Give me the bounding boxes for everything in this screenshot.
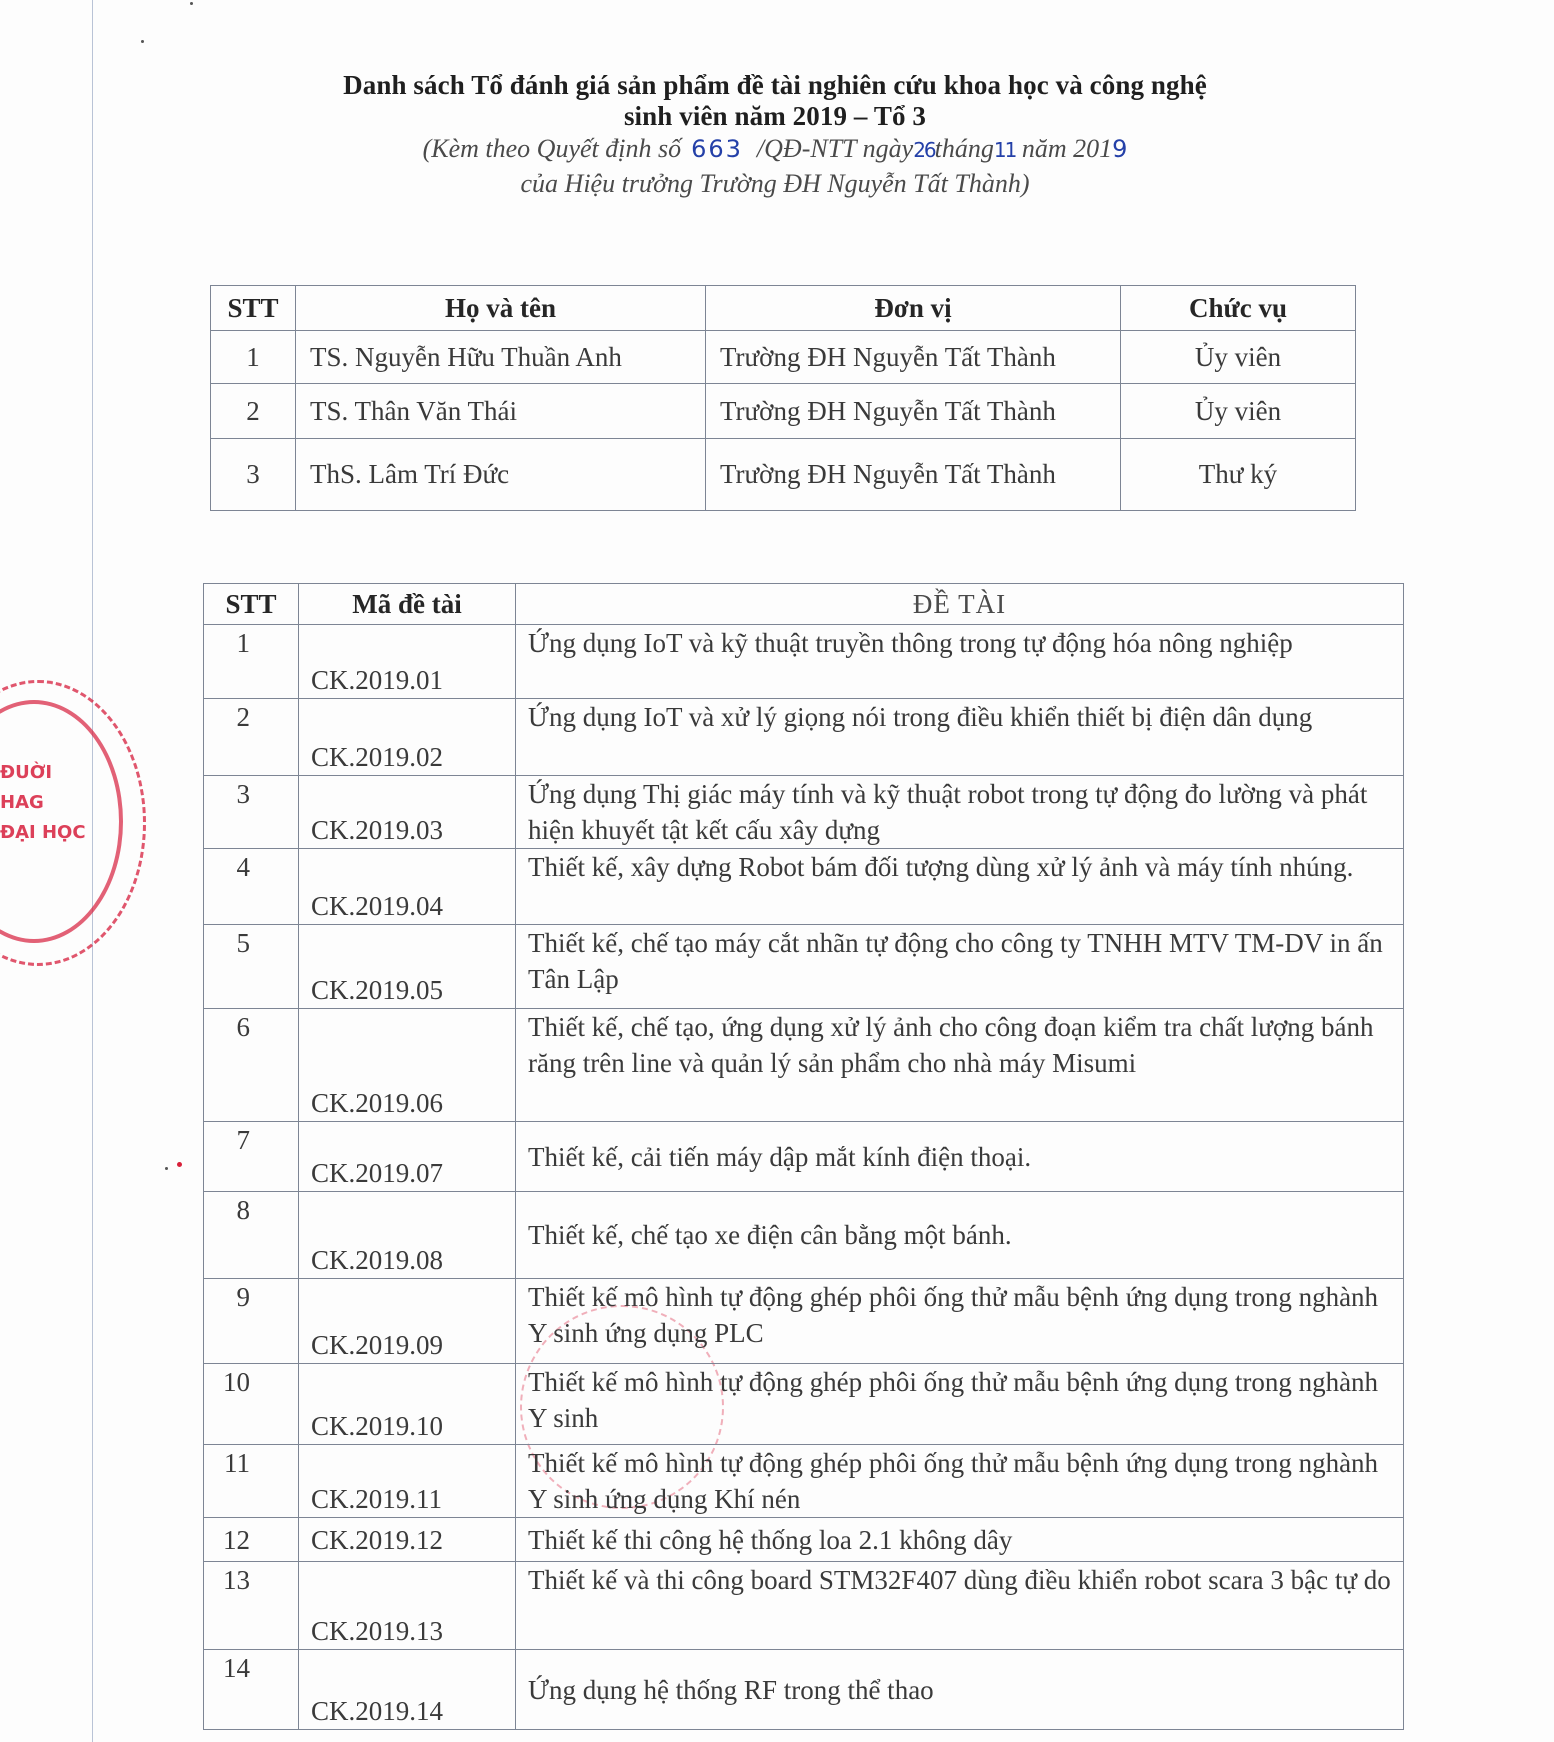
topic-code: CK.2019.03 [299, 776, 516, 849]
header-stt: STT [211, 286, 296, 331]
committee-table-header: STT Họ và tên Đơn vị Chức vụ [211, 286, 1356, 331]
topic-row: 2CK.2019.02Ứng dụng IoT và xử lý giọng n… [204, 699, 1404, 776]
member-name: TS. Thân Văn Thái [296, 384, 706, 439]
topic-stt: 14 [204, 1650, 299, 1730]
decision-reference: (Kèm theo Quyết định số663/QĐ-NTT ngày26… [230, 132, 1320, 167]
member-name: TS. Nguyễn Hữu Thuần Anh [296, 331, 706, 384]
topic-row: 13CK.2019.13Thiết kế và thi công board S… [204, 1562, 1404, 1650]
member-unit: Trường ĐH Nguyễn Tất Thành [706, 384, 1121, 439]
topic-row: 5CK.2019.05Thiết kế, chế tạo máy cắt nhã… [204, 925, 1404, 1009]
topic-title: Thiết kế thi công hệ thống loa 2.1 không… [516, 1518, 1404, 1562]
header-stt: STT [204, 584, 299, 625]
committee-row: 2TS. Thân Văn TháiTrường ĐH Nguyễn Tất T… [211, 384, 1356, 439]
committee-table: STT Họ và tên Đơn vị Chức vụ 1TS. Nguyễn… [210, 285, 1356, 511]
topic-row: 1CK.2019.01Ứng dụng IoT và kỹ thuật truy… [204, 625, 1404, 699]
member-stt: 2 [211, 384, 296, 439]
topic-code: CK.2019.07 [299, 1122, 516, 1192]
topic-title: Ứng dụng Thị giác máy tính và kỹ thuật r… [516, 776, 1404, 849]
topic-code: CK.2019.13 [299, 1562, 516, 1650]
committee-row: 1TS. Nguyễn Hữu Thuần AnhTrường ĐH Nguyễ… [211, 331, 1356, 384]
member-unit: Trường ĐH Nguyễn Tất Thành [706, 439, 1121, 511]
topic-stt: 3 [204, 776, 299, 849]
scan-speck [190, 2, 193, 5]
topic-code: CK.2019.08 [299, 1192, 516, 1279]
topic-title: Ứng dụng IoT và xử lý giọng nói trong đi… [516, 699, 1404, 776]
header-role: Chức vụ [1121, 286, 1356, 331]
topic-stt: 1 [204, 625, 299, 699]
topic-title: Thiết kế, cải tiến máy dập mắt kính điện… [516, 1122, 1404, 1192]
topic-row: 11CK.2019.11Thiết kế mô hình tự động ghé… [204, 1445, 1404, 1518]
header-name: Họ và tên [296, 286, 706, 331]
committee-row: 3ThS. Lâm Trí ĐứcTrường ĐH Nguyễn Tất Th… [211, 439, 1356, 511]
topic-row: 14CK.2019.14Ứng dụng hệ thống RF trong t… [204, 1650, 1404, 1730]
page-margin-line [92, 0, 93, 1742]
header-unit: Đơn vị [706, 286, 1121, 331]
topic-row: 12CK.2019.12Thiết kế thi công hệ thống l… [204, 1518, 1404, 1562]
decision-prefix: (Kèm theo Quyết định số [423, 134, 682, 163]
official-stamp-text: ĐUỜI HAG ĐẠI HỌC [0, 758, 86, 848]
topic-code: CK.2019.05 [299, 925, 516, 1009]
topic-title: Thiết kế mô hình tự động ghép phôi ống t… [516, 1279, 1404, 1364]
topic-row: 4CK.2019.04Thiết kế, xây dựng Robot bám … [204, 849, 1404, 925]
document-title-line-2: sinh viên năm 2019 – Tổ 3 [230, 101, 1320, 132]
topic-title: Thiết kế và thi công board STM32F407 dùn… [516, 1562, 1404, 1650]
scan-speck [165, 1167, 168, 1170]
header-code: Mã đề tài [299, 584, 516, 625]
member-stt: 1 [211, 331, 296, 384]
topic-code: CK.2019.01 [299, 625, 516, 699]
topic-code: CK.2019.06 [299, 1009, 516, 1122]
handwritten-day: 26 [913, 138, 934, 162]
scan-speck [141, 40, 144, 43]
topic-code: CK.2019.04 [299, 849, 516, 925]
topic-code: CK.2019.02 [299, 699, 516, 776]
member-name: ThS. Lâm Trí Đức [296, 439, 706, 511]
topic-stt: 4 [204, 849, 299, 925]
topic-title: Thiết kế, chế tạo, ứng dụng xử lý ảnh ch… [516, 1009, 1404, 1122]
topic-stt: 10 [204, 1364, 299, 1445]
member-role: Ủy viên [1121, 384, 1356, 439]
topic-title: Thiết kế, chế tạo máy cắt nhãn tự động c… [516, 925, 1404, 1009]
document-title-line-1: Danh sách Tổ đánh giá sản phẩm đề tài ng… [230, 70, 1320, 101]
topic-row: 10CK.2019.10Thiết kế mô hình tự động ghé… [204, 1364, 1404, 1445]
topic-row: 9CK.2019.09Thiết kế mô hình tự động ghép… [204, 1279, 1404, 1364]
topic-stt: 6 [204, 1009, 299, 1122]
topic-code: CK.2019.09 [299, 1279, 516, 1364]
topic-row: 6CK.2019.06Thiết kế, chế tạo, ứng dụng x… [204, 1009, 1404, 1122]
topic-title: Thiết kế mô hình tự động ghép phôi ống t… [516, 1445, 1404, 1518]
header-topic: ĐỀ TÀI [516, 584, 1404, 625]
topic-stt: 13 [204, 1562, 299, 1650]
handwritten-year-digit: 9 [1112, 135, 1127, 163]
topic-code: CK.2019.12 [299, 1518, 516, 1562]
topic-stt: 12 [204, 1518, 299, 1562]
topic-row: 3CK.2019.03Ứng dụng Thị giác máy tính và… [204, 776, 1404, 849]
decision-month-label: tháng [935, 134, 994, 163]
decision-issuer: của Hiệu trưởng Trường ĐH Nguyễn Tất Thà… [230, 167, 1320, 200]
member-unit: Trường ĐH Nguyễn Tất Thành [706, 331, 1121, 384]
decision-middle: /QĐ-NTT ngày [757, 134, 913, 163]
stamp-line: ĐUỜI [0, 758, 86, 788]
handwritten-decision-number: 663 [691, 135, 743, 163]
document-header: Danh sách Tổ đánh giá sản phẩm đề tài ng… [230, 70, 1320, 200]
topic-code: CK.2019.11 [299, 1445, 516, 1518]
member-role: Ủy viên [1121, 331, 1356, 384]
topic-code: CK.2019.14 [299, 1650, 516, 1730]
topic-title: Ứng dụng IoT và kỹ thuật truyền thông tr… [516, 625, 1404, 699]
topic-row: 7CK.2019.07Thiết kế, cải tiến máy dập mắ… [204, 1122, 1404, 1192]
scan-speck [177, 1162, 182, 1167]
topic-code: CK.2019.10 [299, 1364, 516, 1445]
member-stt: 3 [211, 439, 296, 511]
topic-stt: 9 [204, 1279, 299, 1364]
topics-table-header: STT Mã đề tài ĐỀ TÀI [204, 584, 1404, 625]
topic-title: Thiết kế, xây dựng Robot bám đối tượng d… [516, 849, 1404, 925]
stamp-line: ĐẠI HỌC [0, 818, 86, 848]
topics-table: STT Mã đề tài ĐỀ TÀI 1CK.2019.01Ứng dụng… [203, 583, 1404, 1730]
topic-title: Ứng dụng hệ thống RF trong thể thao [516, 1650, 1404, 1730]
decision-year-label: năm 201 [1022, 134, 1112, 163]
topic-stt: 7 [204, 1122, 299, 1192]
topic-title: Thiết kế mô hình tự động ghép phôi ống t… [516, 1364, 1404, 1445]
member-role: Thư ký [1121, 439, 1356, 511]
stamp-line: HAG [0, 788, 86, 818]
topic-stt: 8 [204, 1192, 299, 1279]
topic-stt: 2 [204, 699, 299, 776]
topic-title: Thiết kế, chế tạo xe điện cân bằng một b… [516, 1192, 1404, 1279]
topic-stt: 11 [204, 1445, 299, 1518]
handwritten-month: 11 [994, 138, 1015, 162]
topic-stt: 5 [204, 925, 299, 1009]
topic-row: 8CK.2019.08Thiết kế, chế tạo xe điện cân… [204, 1192, 1404, 1279]
